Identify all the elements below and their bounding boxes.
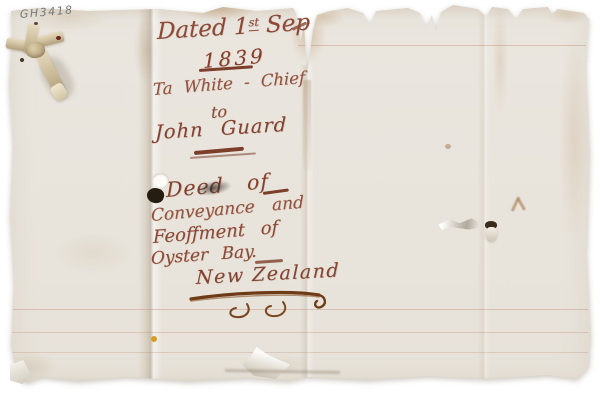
paper-hole-punched <box>152 173 169 188</box>
bottom-crease <box>225 369 340 374</box>
brown-speck <box>445 144 451 149</box>
orange-speck <box>151 336 157 342</box>
hole-flap <box>486 227 497 241</box>
tape-speck-dark <box>20 58 24 62</box>
archive-label: GH3418 <box>19 3 74 21</box>
torn-flap-bottom <box>242 347 290 379</box>
date-ordinal: st <box>248 15 259 32</box>
paper-hole-right <box>484 221 499 243</box>
tape-speck-red <box>56 36 61 40</box>
binding-tape <box>4 22 84 106</box>
paper-tear-wrinkle <box>438 216 486 232</box>
manuscript-date-line: Dated 1stSep <box>157 10 310 45</box>
scratch-mark-2 <box>517 198 526 211</box>
grantor-line: Ta White - Chief <box>153 68 305 99</box>
marks-overlay: GH3418 Dated 1stSep 1839 Ta White - Chie… <box>0 0 600 394</box>
paper-hole-black <box>145 186 165 205</box>
grantee-line: John Guard <box>155 113 287 144</box>
tape-speck-top <box>34 22 38 25</box>
ink-flourish <box>185 286 330 320</box>
photo-stage: GH3418 Dated 1stSep 1839 Ta White - Chie… <box>0 0 600 394</box>
date-prefix: Dated 1 <box>157 13 249 45</box>
corner-dogear <box>10 360 32 384</box>
